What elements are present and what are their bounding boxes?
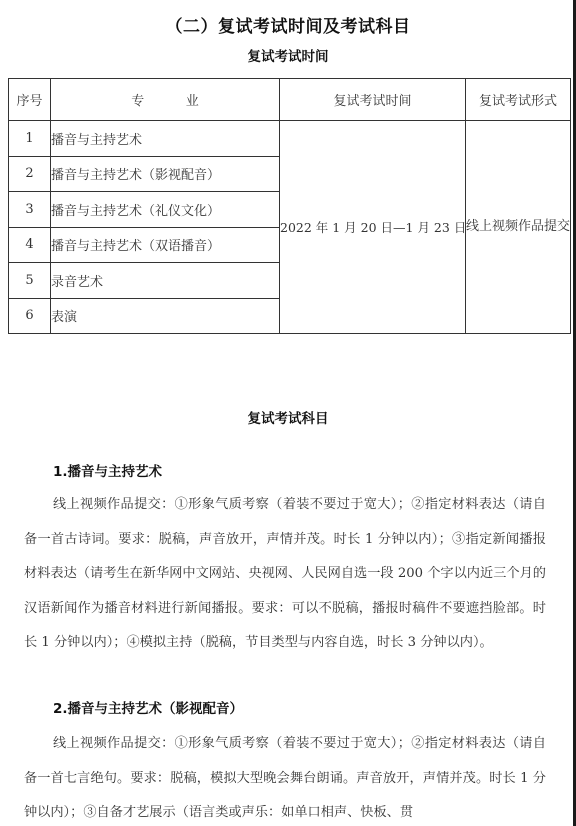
row-number: 6 — [9, 298, 51, 334]
exam-form-cell: 线上视频作品提交 — [466, 121, 571, 334]
table-header-row: 序号 专业 复试考试时间 复试考试形式 — [9, 79, 571, 121]
row-major: 录音艺术 — [51, 263, 280, 299]
header-no: 序号 — [9, 79, 51, 121]
row-major: 播音与主持艺术（影视配音） — [51, 156, 280, 192]
document-title: （二）复试考试时间及考试科目 — [0, 12, 576, 37]
schedule-heading: 复试考试时间 — [0, 45, 576, 65]
row-major: 播音与主持艺术 — [51, 121, 280, 157]
row-number: 2 — [9, 156, 51, 192]
section-2-heading: 2.播音与主持艺术（影视配音） — [53, 697, 243, 717]
table-row: 1 播音与主持艺术 2022 年 1 月 20 日—1 月 23 日 线上视频作… — [9, 121, 571, 157]
section-1-body: 线上视频作品提交：①形象气质考察（着装不要过于宽大）；②指定材料表达（请自备一首… — [24, 488, 546, 661]
header-form: 复试考试形式 — [466, 79, 571, 121]
exam-time-cell: 2022 年 1 月 20 日—1 月 23 日 — [280, 121, 466, 334]
row-major: 表演 — [51, 298, 280, 334]
row-number: 1 — [9, 121, 51, 157]
row-number: 5 — [9, 263, 51, 299]
header-major-label: 专业 — [131, 94, 199, 109]
row-number: 3 — [9, 192, 51, 228]
row-number: 4 — [9, 227, 51, 263]
subjects-heading: 复试考试科目 — [0, 407, 576, 427]
header-time: 复试考试时间 — [280, 79, 466, 121]
section-1-heading: 1.播音与主持艺术 — [53, 460, 162, 480]
row-major: 播音与主持艺术（礼仪文化） — [51, 192, 280, 228]
section-2-body: 线上视频作品提交：①形象气质考察（着装不要过于宽大）；②指定材料表达（请自备一首… — [24, 727, 546, 826]
header-major: 专业 — [51, 79, 280, 121]
row-major: 播音与主持艺术（双语播音） — [51, 227, 280, 263]
schedule-table: 序号 专业 复试考试时间 复试考试形式 1 播音与主持艺术 2022 年 1 月… — [8, 78, 571, 334]
